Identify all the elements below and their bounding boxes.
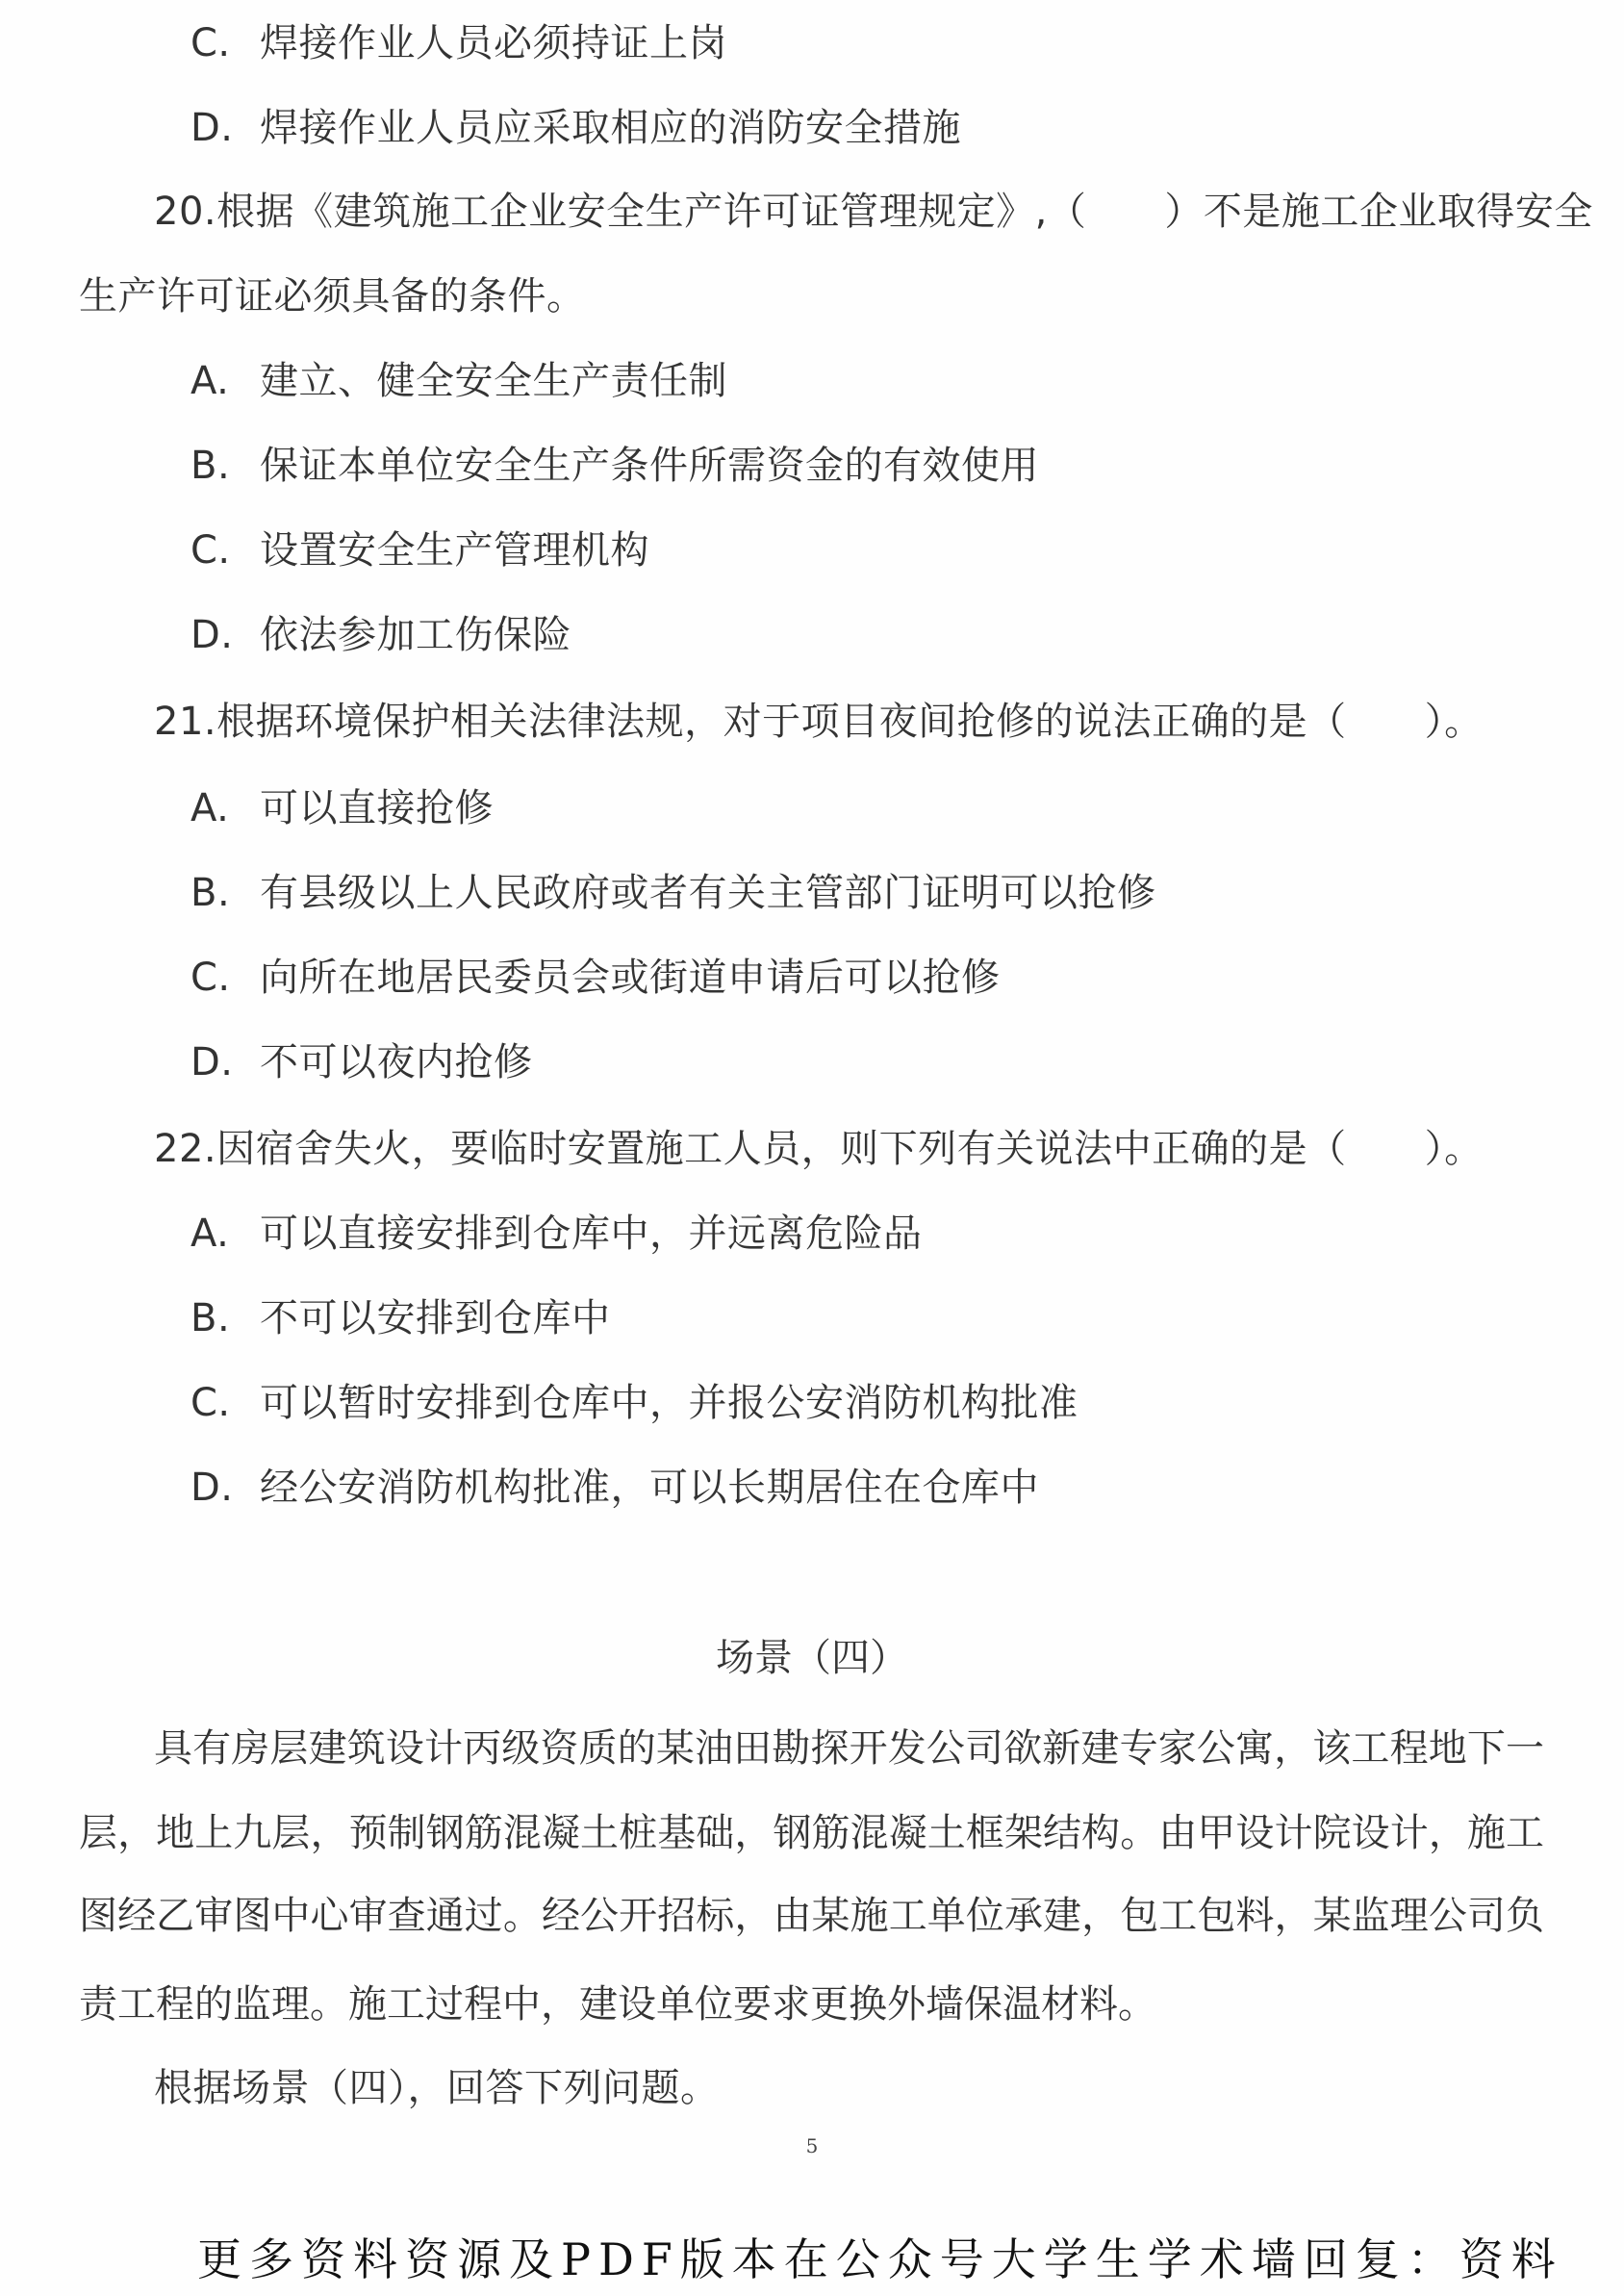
option-text: 可以直接抢修 <box>260 786 494 830</box>
option-letter: C. <box>190 951 260 1005</box>
option-line: A.可以直接安排到仓库中，并远离危险品 <box>190 1207 923 1261</box>
option-text: 建立、健全安全生产责任制 <box>260 359 727 403</box>
option-text: 依法参加工伤保险 <box>260 613 571 657</box>
option-letter: D. <box>190 1461 260 1515</box>
option-line: C.可以暂时安排到仓库中，并报公安消防机构批准 <box>190 1376 1078 1430</box>
option-line: B.有县级以上人民政府或者有关主管部门证明可以抢修 <box>190 866 1156 920</box>
option-line: A.建立、健全安全生产责任制 <box>190 354 727 408</box>
option-line: D.依法参加工伤保险 <box>190 608 571 662</box>
scenario-paragraph-line: 具有房层建筑设计丙级资质的某油田勘探开发公司欲新建专家公寓，该工程地下一 <box>154 1722 1544 1775</box>
question-21-stem: 21.根据环境保护相关法律法规，对于项目夜间抢修的说法正确的是（ ）。 <box>154 695 1484 749</box>
option-text: 不可以夜内抢修 <box>260 1040 533 1084</box>
scenario-paragraph-line: 责工程的监理。施工过程中，建设单位要求更换外墙保温材料。 <box>79 1977 1544 2031</box>
question-text: 生产许可证必须具备的条件。 <box>79 274 586 319</box>
option-text: 焊接作业人员必须持证上岗 <box>260 21 727 65</box>
option-text: 不可以安排到仓库中 <box>260 1296 611 1340</box>
option-text: 可以暂时安排到仓库中，并报公安消防机构批准 <box>260 1381 1078 1425</box>
option-line: B.保证本单位安全生产条件所需资金的有效使用 <box>190 439 1039 493</box>
option-text: 设置安全生产管理机构 <box>260 528 649 573</box>
option-text: 可以直接安排到仓库中，并远离危险品 <box>260 1212 923 1256</box>
question-text: 因宿舍失火，要临时安置施工人员，则下列有关说法中正确的是（ ）。 <box>216 1127 1484 1171</box>
option-letter: C. <box>190 16 260 70</box>
option-line: D.焊接作业人员应采取相应的消防安全措施 <box>190 101 961 155</box>
option-letter: D. <box>190 1035 260 1089</box>
option-text: 保证本单位安全生产条件所需资金的有效使用 <box>260 444 1039 488</box>
question-number: 21. <box>154 700 216 744</box>
option-letter: B. <box>190 1291 260 1345</box>
option-letter: A. <box>190 354 260 408</box>
question-22-stem: 22.因宿舍失火，要临时安置施工人员，则下列有关说法中正确的是（ ）。 <box>154 1122 1484 1176</box>
option-letter: A. <box>190 1207 260 1261</box>
question-number: 22. <box>154 1127 216 1171</box>
footer-watermark: 更多资料资源及PDF版本在公众号大学生学术墙回复：资料 <box>197 2231 1443 2288</box>
option-line: C.焊接作业人员必须持证上岗 <box>190 16 727 70</box>
option-letter: C. <box>190 1376 260 1430</box>
option-text: 向所在地居民委员会或街道申请后可以抢修 <box>260 956 1001 1000</box>
option-line: D.经公安消防机构批准，可以长期居住在仓库中 <box>190 1461 1039 1515</box>
question-text: 根据《建筑施工企业安全生产许可证管理规定》,（ ）不是施工企业取得安全 <box>216 190 1593 234</box>
scenario-instruction: 根据场景（四），回答下列问题。 <box>154 2061 720 2115</box>
question-text: 根据环境保护相关法律法规，对于项目夜间抢修的说法正确的是（ ）。 <box>216 700 1484 744</box>
scenario-paragraph-line: 层，地上九层，预制钢筋混凝土桩基础，钢筋混凝土框架结构。由甲设计院设计，施工 <box>79 1806 1544 1860</box>
option-letter: B. <box>190 866 260 920</box>
option-text: 有县级以上人民政府或者有关主管部门证明可以抢修 <box>260 871 1156 915</box>
option-letter: C. <box>190 523 260 577</box>
option-text: 经公安消防机构批准，可以长期居住在仓库中 <box>260 1466 1039 1510</box>
option-line: C.向所在地居民委员会或街道申请后可以抢修 <box>190 951 1001 1005</box>
scenario-paragraph-line: 图经乙审图中心审查通过。经公开招标，由某施工单位承建，包工包料，某监理公司负 <box>79 1889 1544 1943</box>
document-page: C.焊接作业人员必须持证上岗 D.焊接作业人员应采取相应的消防安全措施 20.根… <box>0 0 1624 2296</box>
scenario-heading: 场景（四） <box>716 1631 908 1685</box>
option-line: D.不可以夜内抢修 <box>190 1035 533 1089</box>
option-letter: A. <box>190 781 260 835</box>
option-text: 焊接作业人员应采取相应的消防安全措施 <box>260 106 961 150</box>
option-line: B.不可以安排到仓库中 <box>190 1291 611 1345</box>
question-20-stem-continued: 生产许可证必须具备的条件。 <box>79 269 586 323</box>
option-letter: D. <box>190 608 260 662</box>
option-letter: B. <box>190 439 260 493</box>
option-line: A.可以直接抢修 <box>190 781 494 835</box>
option-line: C.设置安全生产管理机构 <box>190 523 649 577</box>
question-20-stem: 20.根据《建筑施工企业安全生产许可证管理规定》,（ ）不是施工企业取得安全 <box>154 185 1593 239</box>
option-letter: D. <box>190 101 260 155</box>
page-number: 5 <box>802 2132 822 2159</box>
question-number: 20. <box>154 190 216 234</box>
